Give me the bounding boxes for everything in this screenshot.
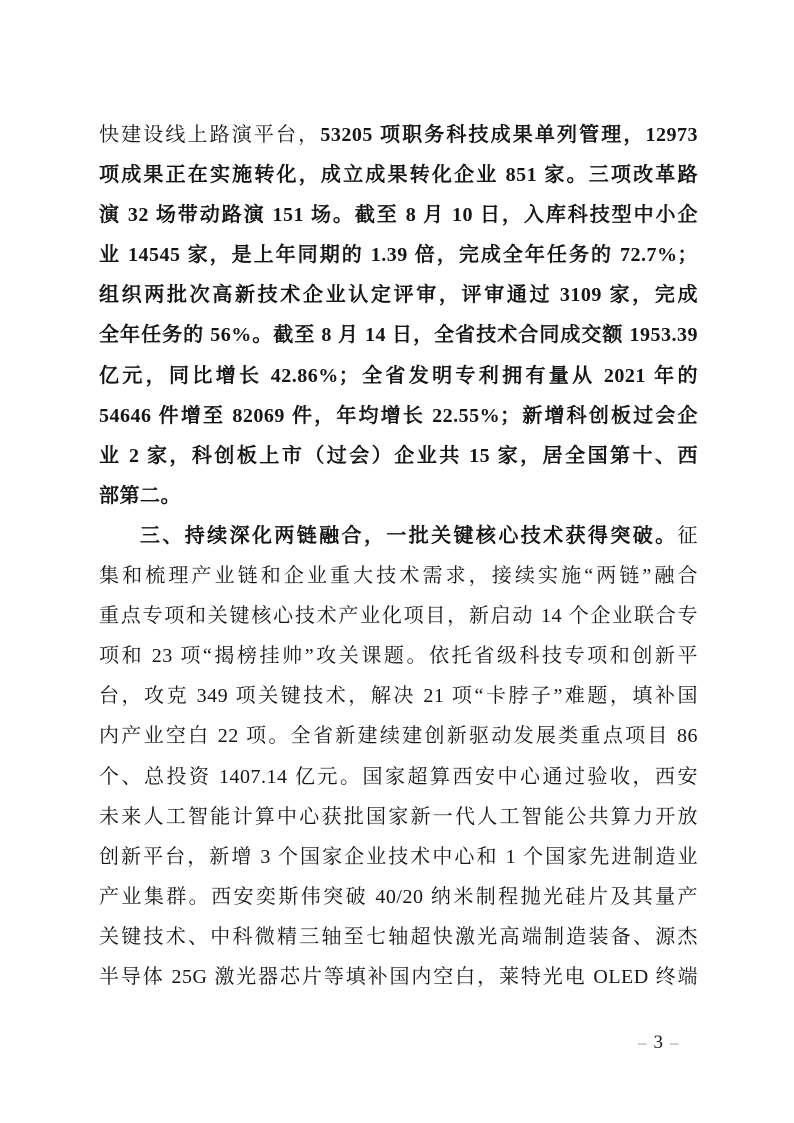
page-number: –3–	[638, 1031, 679, 1055]
text-segment: 项成果正在实施转化，成立成果转化企业 851 家。三项改革路	[99, 164, 698, 186]
text-line-14: 项和 23 项“揭榜挂帅”攻关课题。依托省级科技专项和创新平	[99, 636, 698, 676]
text-segment: 重点专项和关键核心技术产业化项目，新启动 14 个企业联合专	[99, 605, 698, 627]
text-line-9: 业 2 家，科创板上市（过会）企业共 15 家，居全国第十、西	[99, 436, 698, 476]
text-line-5: 组织两批次高新技术企业认定评审，评审通过 3109 家，完成	[99, 275, 698, 315]
text-block: 快建设线上路演平台，53205 项职务科技成果单列管理，12973项成果正在实施…	[99, 115, 698, 997]
text-segment: 内产业空白 22 项。全省新建续建创新驱动发展类重点项目 86	[99, 725, 698, 747]
text-line-10: 部第二。	[99, 476, 698, 516]
text-line-8: 54646 件增至 82069 件，年均增长 22.55%；新增科创板过会企	[99, 396, 698, 436]
text-line-16: 内产业空白 22 项。全省新建续建创新驱动发展类重点项目 86	[99, 716, 698, 756]
text-segment: 半导体 25G 激光器芯片等填补国内空白，莱特光电 OLED 终端	[99, 966, 698, 988]
text-segment: 快建设线上路演平台，	[99, 124, 320, 146]
text-line-17: 个、总投资 1407.14 亿元。国家超算西安中心通过验收，西安	[99, 757, 698, 797]
text-segment: 征	[678, 525, 699, 547]
text-segment: 产业集群。西安奕斯伟突破 40/20 纳米制程抛光硅片及其量产	[99, 886, 698, 908]
page-number-value: 3	[654, 1032, 664, 1053]
text-segment: 项和 23 项“揭榜挂帅”攻关课题。依托省级科技专项和创新平	[99, 645, 698, 667]
text-line-4: 业 14545 家，是上年同期的 1.39 倍，完成全年任务的 72.7%；	[99, 235, 698, 275]
document-page: 快建设线上路演平台，53205 项职务科技成果单列管理，12973项成果正在实施…	[0, 0, 794, 1123]
text-segment: 全年任务的 56%。截至 8 月 14 日，全省技术合同成交额 1953.39	[99, 324, 698, 346]
text-line-22: 半导体 25G 激光器芯片等填补国内空白，莱特光电 OLED 终端	[99, 957, 698, 997]
text-line-11: 三、持续深化两链融合，一批关键核心技术获得突破。征	[99, 516, 698, 556]
text-segment: 关键技术、中科微精三轴至七轴超快激光高端制造装备、源杰	[99, 926, 698, 948]
text-segment: 集和梳理产业链和企业重大技术需求，接续实施“两链”融合	[99, 565, 698, 587]
text-segment: 部第二。	[99, 485, 181, 507]
text-line-1: 快建设线上路演平台，53205 项职务科技成果单列管理，12973	[99, 115, 698, 155]
text-segment: 创新平台，新增 3 个国家企业技术中心和 1 个国家先进制造业	[99, 846, 698, 868]
text-segment: 53205 项职务科技成果单列管理，12973	[320, 124, 698, 146]
text-line-6: 全年任务的 56%。截至 8 月 14 日，全省技术合同成交额 1953.39	[99, 315, 698, 355]
text-line-15: 台，攻克 349 项关键技术，解决 21 项“卡脖子”难题，填补国	[99, 676, 698, 716]
text-line-21: 关键技术、中科微精三轴至七轴超快激光高端制造装备、源杰	[99, 917, 698, 957]
text-line-3: 演 32 场带动路演 151 场。截至 8 月 10 日，入库科技型中小企	[99, 195, 698, 235]
text-segment: 演 32 场带动路演 151 场。截至 8 月 10 日，入库科技型中小企	[99, 204, 698, 226]
text-segment: 台，攻克 349 项关键技术，解决 21 项“卡脖子”难题，填补国	[99, 685, 698, 707]
text-line-12: 集和梳理产业链和企业重大技术需求，接续实施“两链”融合	[99, 556, 698, 596]
page-number-dash-right: –	[670, 1033, 679, 1052]
text-line-2: 项成果正在实施转化，成立成果转化企业 851 家。三项改革路	[99, 155, 698, 195]
text-segment: 54646 件增至 82069 件，年均增长 22.55%；新增科创板过会企	[99, 405, 698, 427]
text-segment: 业 2 家，科创板上市（过会）企业共 15 家，居全国第十、西	[99, 445, 698, 467]
page-number-dash-left: –	[638, 1033, 647, 1052]
text-segment: 三、持续深化两链融合，一批关键核心技术获得突破。	[140, 525, 678, 547]
text-segment: 组织两批次高新技术企业认定评审，评审通过 3109 家，完成	[99, 284, 698, 306]
text-line-18: 未来人工智能计算中心获批国家新一代人工智能公共算力开放	[99, 797, 698, 837]
text-segment: 未来人工智能计算中心获批国家新一代人工智能公共算力开放	[99, 806, 698, 828]
text-segment: 亿元，同比增长 42.86%；全省发明专利拥有量从 2021 年的	[99, 365, 698, 387]
text-line-7: 亿元，同比增长 42.86%；全省发明专利拥有量从 2021 年的	[99, 356, 698, 396]
text-line-13: 重点专项和关键核心技术产业化项目，新启动 14 个企业联合专	[99, 596, 698, 636]
text-segment: 业 14545 家，是上年同期的 1.39 倍，完成全年任务的 72.7%；	[99, 244, 698, 266]
text-line-20: 产业集群。西安奕斯伟突破 40/20 纳米制程抛光硅片及其量产	[99, 877, 698, 917]
text-line-19: 创新平台，新增 3 个国家企业技术中心和 1 个国家先进制造业	[99, 837, 698, 877]
text-segment: 个、总投资 1407.14 亿元。国家超算西安中心通过验收，西安	[99, 766, 698, 788]
